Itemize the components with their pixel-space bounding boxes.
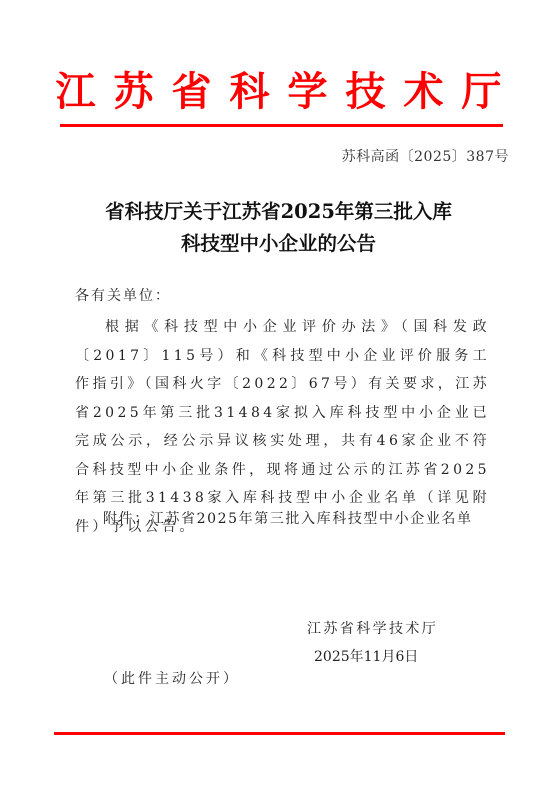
disclosure-note: （此件主动公开） [104, 668, 240, 688]
signatory: 江苏省科学技术厅 [307, 618, 438, 638]
agency-masthead: 江苏省科学技术厅 [0, 64, 557, 120]
attachment-reference[interactable]: 附件：江苏省2025年第三批入库科技型中小企业名单 [103, 508, 473, 528]
issue-date: 2025年11月6日 [314, 646, 418, 666]
title-line-2: 科技型中小企业的公告 [0, 228, 557, 260]
body-paragraph: 根据《科技型中小企业评价办法》（国科发政〔2017〕115号）和《科技型中小企业… [75, 313, 490, 541]
title-line-1: 省科技厅关于江苏省2025年第三批入库 [0, 196, 557, 228]
masthead-divider [60, 124, 503, 127]
document-number: 苏科高函〔2025〕387号 [342, 146, 509, 166]
footer-divider [54, 732, 505, 735]
document-title: 省科技厅关于江苏省2025年第三批入库 科技型中小企业的公告 [0, 196, 557, 260]
salutation: 各有关单位： [75, 285, 171, 305]
